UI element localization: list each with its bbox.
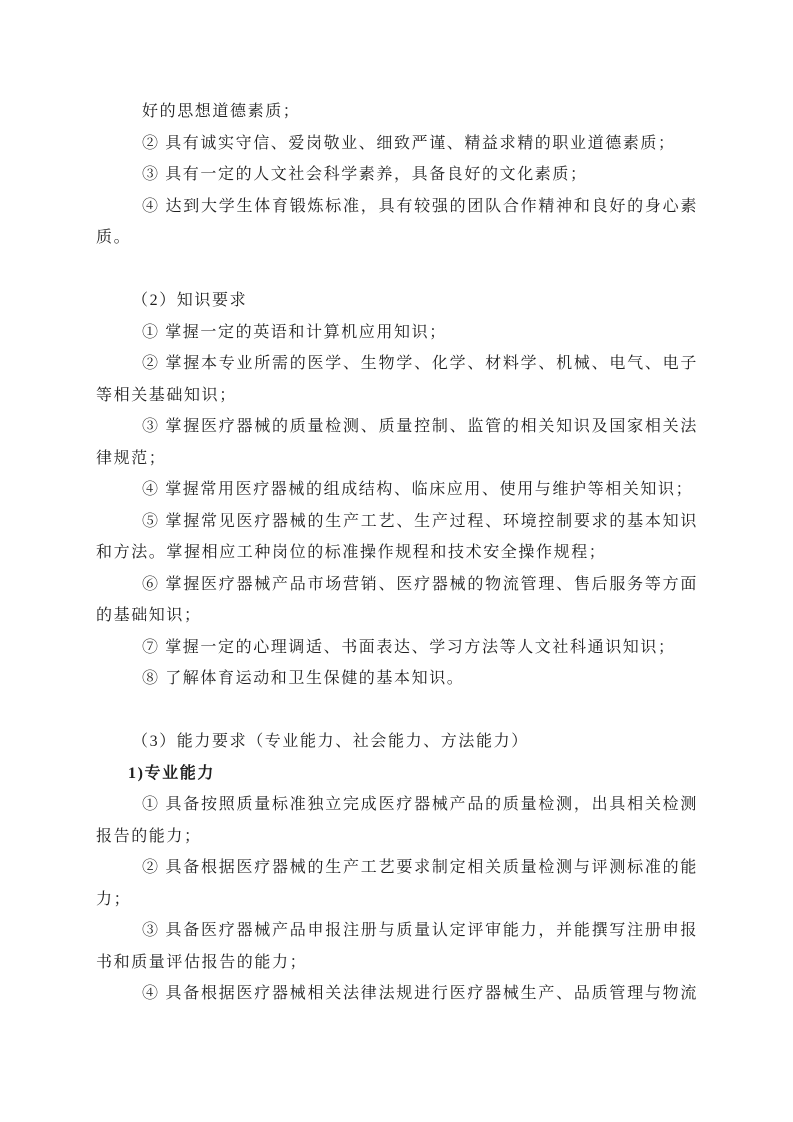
document-line: 质。 [96,222,698,254]
document-line: ③ 具有一定的人文社会科学素养，具备良好的文化素质； [96,159,698,191]
document-line: ① 具备按照质量标准独立完成医疗器械产品的质量检测，出具相关检测 [96,789,698,821]
document-line: ⑦ 掌握一定的心理调适、书面表达、学习方法等人文社科通识知识； [96,632,698,664]
document-line: （2）知识要求 [96,285,698,317]
document-line: ④ 掌握常用医疗器械的组成结构、临床应用、使用与维护等相关知识； [96,474,698,506]
document-line: 力； [96,884,698,916]
document-line: ④ 具备根据医疗器械相关法律法规进行医疗器械生产、品质管理与物流 [96,978,698,1010]
document-line: 1)专业能力 [96,758,698,790]
document-line: 等相关基础知识； [96,380,698,412]
document-text-block: 好的思想道德素质；② 具有诚实守信、爱岗敬业、细致严谨、精益求精的职业道德素质；… [96,96,698,1010]
document-line: ⑤ 掌握常见医疗器械的生产工艺、生产过程、环境控制要求的基本知识 [96,506,698,538]
document-line: 好的思想道德素质； [96,96,698,128]
document-line: ⑧ 了解体育运动和卫生保健的基本知识。 [96,663,698,695]
document-line: 书和质量评估报告的能力； [96,947,698,979]
blank-line [96,695,698,727]
document-line: ② 具有诚实守信、爱岗敬业、细致严谨、精益求精的职业道德素质； [96,128,698,160]
document-line: 律规范； [96,443,698,475]
document-line: ③ 掌握医疗器械的质量检测、质量控制、监管的相关知识及国家相关法 [96,411,698,443]
document-line: ② 具备根据医疗器械的生产工艺要求制定相关质量检测与评测标准的能 [96,852,698,884]
document-page: 好的思想道德素质；② 具有诚实守信、爱岗敬业、细致严谨、精益求精的职业道德素质；… [0,0,793,1122]
document-line: ① 掌握一定的英语和计算机应用知识； [96,317,698,349]
document-line: （3）能力要求（专业能力、社会能力、方法能力） [96,726,698,758]
document-line: ④ 达到大学生体育锻炼标准，具有较强的团队合作精神和良好的身心素 [96,191,698,223]
document-line: 的基础知识； [96,600,698,632]
blank-line [96,254,698,286]
document-line: 和方法。掌握相应工种岗位的标准操作规程和技术安全操作规程； [96,537,698,569]
document-line: ③ 具备医疗器械产品申报注册与质量认定评审能力，并能撰写注册申报 [96,915,698,947]
document-line: 报告的能力； [96,821,698,853]
document-line: ⑥ 掌握医疗器械产品市场营销、医疗器械的物流管理、售后服务等方面 [96,569,698,601]
document-line: ② 掌握本专业所需的医学、生物学、化学、材料学、机械、电气、电子 [96,348,698,380]
